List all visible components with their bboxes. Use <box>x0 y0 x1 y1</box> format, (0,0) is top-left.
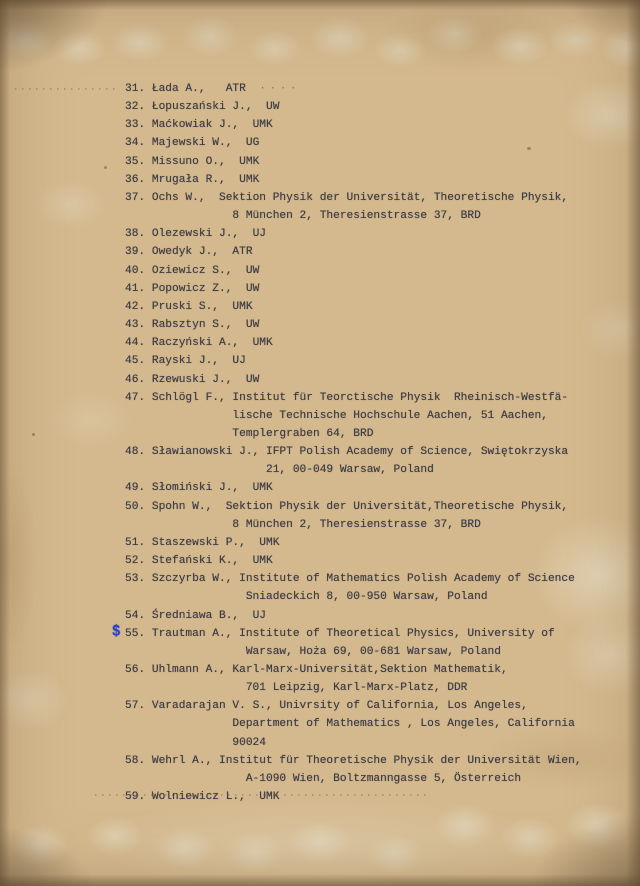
entry-line: 45.Rayski J., UJ <box>125 352 582 370</box>
entry-text: Rzewuski J., UW <box>152 374 259 386</box>
entry-text: Majewski W., UG <box>152 137 259 149</box>
entry-line: 37.Ochs W., Sektion Physik der Universit… <box>125 189 582 207</box>
entry-text: Maćkowiak J., UMK <box>152 119 273 131</box>
entry-number: 44. <box>125 334 145 352</box>
entry-text: Spohn W., Sektion Physik der Universität… <box>152 501 568 513</box>
entry-line: 47.Schlögl F., Institut für Teorctische … <box>125 389 582 407</box>
entry-number: 37. <box>125 189 145 207</box>
entry-line: 40.Oziewicz S., UW <box>125 262 582 280</box>
scanned-page: 31.Łada A., ATR····32.Łopuszański J., UW… <box>0 0 640 886</box>
entry-line: Department of Mathematics , Los Angeles,… <box>125 715 582 733</box>
entry-line: 59.Wolniewicz L., UMK <box>125 788 582 806</box>
entry-text: Sławianowski J., IFPT Polish Academy of … <box>152 446 568 458</box>
entry-text: Varadarajan V. S., Univrsity of Californ… <box>152 700 528 712</box>
entry-number: 55. <box>125 625 145 643</box>
entry-text: Missuno O., UMK <box>152 156 259 168</box>
entry-number: 42. <box>125 298 145 316</box>
entry-line: 41.Popowicz Z., UW <box>125 280 582 298</box>
entry-line: Templergraben 64, BRD <box>125 425 582 443</box>
entry-text: Popowicz Z., UW <box>152 283 259 295</box>
entry-number: 32. <box>125 98 145 116</box>
paper-speck <box>104 166 107 169</box>
entry-continuation-text: Sniadeckich 8, 00-950 Warsaw, Poland <box>125 591 488 603</box>
entry-line: 42.Pruski S., UMK <box>125 298 582 316</box>
entry-text: Łopuszański J., UW <box>152 101 280 113</box>
entry-text: Ochs W., Sektion Physik der Universität,… <box>152 192 568 204</box>
participant-list: 31.Łada A., ATR····32.Łopuszański J., UW… <box>125 80 582 806</box>
entry-number: 56. <box>125 661 145 679</box>
entry-text: Słomiński J., UMK <box>152 482 273 494</box>
entry-text: Oziewicz S., UW <box>152 265 259 277</box>
entry-line: 50.Spohn W., Sektion Physik der Universi… <box>125 498 582 516</box>
entry-line: 54.Średniawa B., UJ <box>125 607 582 625</box>
entry-line: 39.Owedyk J., ATR <box>125 243 582 261</box>
entry-number: 43. <box>125 316 145 334</box>
entry-continuation-text: Warsaw, Hoża 69, 00-681 Warsaw, Poland <box>125 646 501 658</box>
entry-line: 46.Rzewuski J., UW <box>125 371 582 389</box>
entry-text: Trautman A., Institute of Theoretical Ph… <box>152 628 555 640</box>
entry-line: Warsaw, Hoża 69, 00-681 Warsaw, Poland <box>125 643 582 661</box>
entry-text: Staszewski P., UMK <box>152 537 280 549</box>
entry-number: 46. <box>125 371 145 389</box>
entry-number: 52. <box>125 552 145 570</box>
entry-number: 34. <box>125 134 145 152</box>
entry-number: 50. <box>125 498 145 516</box>
entry-line: 34.Majewski W., UG <box>125 134 582 152</box>
entry-number: 54. <box>125 607 145 625</box>
entry-text: Uhlmann A., Karl-Marx-Universität,Sektio… <box>152 664 508 676</box>
entry-line: 49.Słomiński J., UMK <box>125 479 582 497</box>
entry-line: 48.Sławianowski J., IFPT Polish Academy … <box>125 443 582 461</box>
entry-text: Rabsztyn S., UW <box>152 319 259 331</box>
entry-line: 58.Wehrl A., Institut für Theoretische P… <box>125 752 582 770</box>
entry-text: Pruski S., UMK <box>152 301 253 313</box>
entry-line: 43.Rabsztyn S., UW <box>125 316 582 334</box>
entry-line: 53.Szczyrba W., Institute of Mathematics… <box>125 570 582 588</box>
entry-number: 45. <box>125 352 145 370</box>
entry-number: 35. <box>125 153 145 171</box>
entry-line: 31.Łada A., ATR···· <box>125 80 582 98</box>
entry-line: $55.Trautman A., Institute of Theoretica… <box>125 625 582 643</box>
entry-line: 36.Mrugała R., UMK <box>125 171 582 189</box>
entry-number: 59. <box>125 788 145 806</box>
entry-text: Olezewski J., UJ <box>152 228 266 240</box>
entry-text: Stefański K., UMK <box>152 555 273 567</box>
entry-continuation-text: 701 Leipzig, Karl-Marx-Platz, DDR <box>125 682 467 694</box>
entry-text: Raczyński A., UMK <box>152 337 273 349</box>
entry-continuation-text: 8 München 2, Theresienstrasse 37, BRD <box>125 519 481 531</box>
entry-line: 21, 00-049 Warsaw, Poland <box>125 461 582 479</box>
entry-continuation-text: lische Technische Hochschule Aachen, 51 … <box>125 410 548 422</box>
entry-line: 52.Stefański K., UMK <box>125 552 582 570</box>
entry-number: 51. <box>125 534 145 552</box>
entry-line: 701 Leipzig, Karl-Marx-Platz, DDR <box>125 679 582 697</box>
entry-line: 8 München 2, Theresienstrasse 37, BRD <box>125 516 582 534</box>
paper-speck <box>32 433 35 436</box>
entry-text: Rayski J., UJ <box>152 355 246 367</box>
entry-number: 39. <box>125 243 145 261</box>
entry-line: 32.Łopuszański J., UW <box>125 98 582 116</box>
entry-line: 44.Raczyński A., UMK <box>125 334 582 352</box>
entry-continuation-text: 21, 00-049 Warsaw, Poland <box>125 464 434 476</box>
entry-text: Wehrl A., Institut für Theoretische Phys… <box>152 755 582 767</box>
entry-text: Mrugała R., UMK <box>152 174 259 186</box>
entry-continuation-text: Templergraben 64, BRD <box>125 428 373 440</box>
entry-line: 90024 <box>125 734 582 752</box>
entry-text: Średniawa B., UJ <box>152 610 266 622</box>
entry-text: Łada A., ATR <box>152 83 246 95</box>
entry-line: 8 München 2, Theresienstrasse 37, BRD <box>125 207 582 225</box>
entry-number: 49. <box>125 479 145 497</box>
pencil-dots: ···· <box>259 83 300 95</box>
entry-continuation-text: A-1090 Wien, Boltzmanngasse 5, Österreic… <box>125 773 521 785</box>
entry-line: 33.Maćkowiak J., UMK <box>125 116 582 134</box>
entry-number: 38. <box>125 225 145 243</box>
entry-number: 33. <box>125 116 145 134</box>
entry-number: 58. <box>125 752 145 770</box>
entry-number: 36. <box>125 171 145 189</box>
entry-line: lische Technische Hochschule Aachen, 51 … <box>125 407 582 425</box>
entry-text: Schlögl F., Institut für Teorctische Phy… <box>152 392 568 404</box>
bleedthrough-dots-top <box>15 88 120 90</box>
entry-line: 56.Uhlmann A., Karl-Marx-Universität,Sek… <box>125 661 582 679</box>
entry-line: 51.Staszewski P., UMK <box>125 534 582 552</box>
entry-number: 48. <box>125 443 145 461</box>
entry-line: 35.Missuno O., UMK <box>125 153 582 171</box>
entry-line: 38.Olezewski J., UJ <box>125 225 582 243</box>
entry-continuation-text: 90024 <box>125 737 266 749</box>
entry-number: 31. <box>125 80 145 98</box>
entry-line: Sniadeckich 8, 00-950 Warsaw, Poland <box>125 588 582 606</box>
entry-continuation-text: Department of Mathematics , Los Angeles,… <box>125 718 575 730</box>
entry-number: 47. <box>125 389 145 407</box>
entry-number: 57. <box>125 697 145 715</box>
entry-text: Szczyrba W., Institute of Mathematics Po… <box>152 573 575 585</box>
entry-text: Wolniewicz L., UMK <box>152 791 280 803</box>
entry-number: 41. <box>125 280 145 298</box>
entry-text: Owedyk J., ATR <box>152 246 253 258</box>
entry-line: A-1090 Wien, Boltzmanngasse 5, Österreic… <box>125 770 582 788</box>
entry-line: 57.Varadarajan V. S., Univrsity of Calif… <box>125 697 582 715</box>
entry-number: 40. <box>125 262 145 280</box>
blue-ink-mark: $ <box>112 621 120 642</box>
entry-number: 53. <box>125 570 145 588</box>
entry-continuation-text: 8 München 2, Theresienstrasse 37, BRD <box>125 210 481 222</box>
